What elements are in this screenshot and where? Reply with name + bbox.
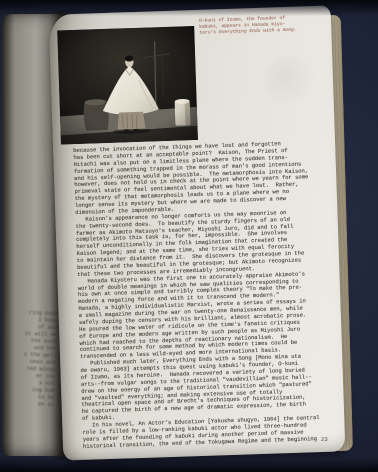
- stage-photograph: [57, 26, 198, 144]
- caption-book-title: Everything Ends with a Song.: [219, 28, 297, 36]
- stage-photo-art: [57, 26, 198, 144]
- page-number: 23: [321, 436, 328, 443]
- right-page: O-kuni of Izumo, the founder of kabuki, …: [49, 5, 346, 460]
- photo-backdrop: ring pane I hope of and it will we the s…: [0, 0, 378, 472]
- photo-caption: O-kuni of Izumo, the founder of kabuki, …: [199, 15, 318, 37]
- page-crease: [262, 54, 320, 112]
- body-text: because the invocation of the things we …: [73, 139, 345, 450]
